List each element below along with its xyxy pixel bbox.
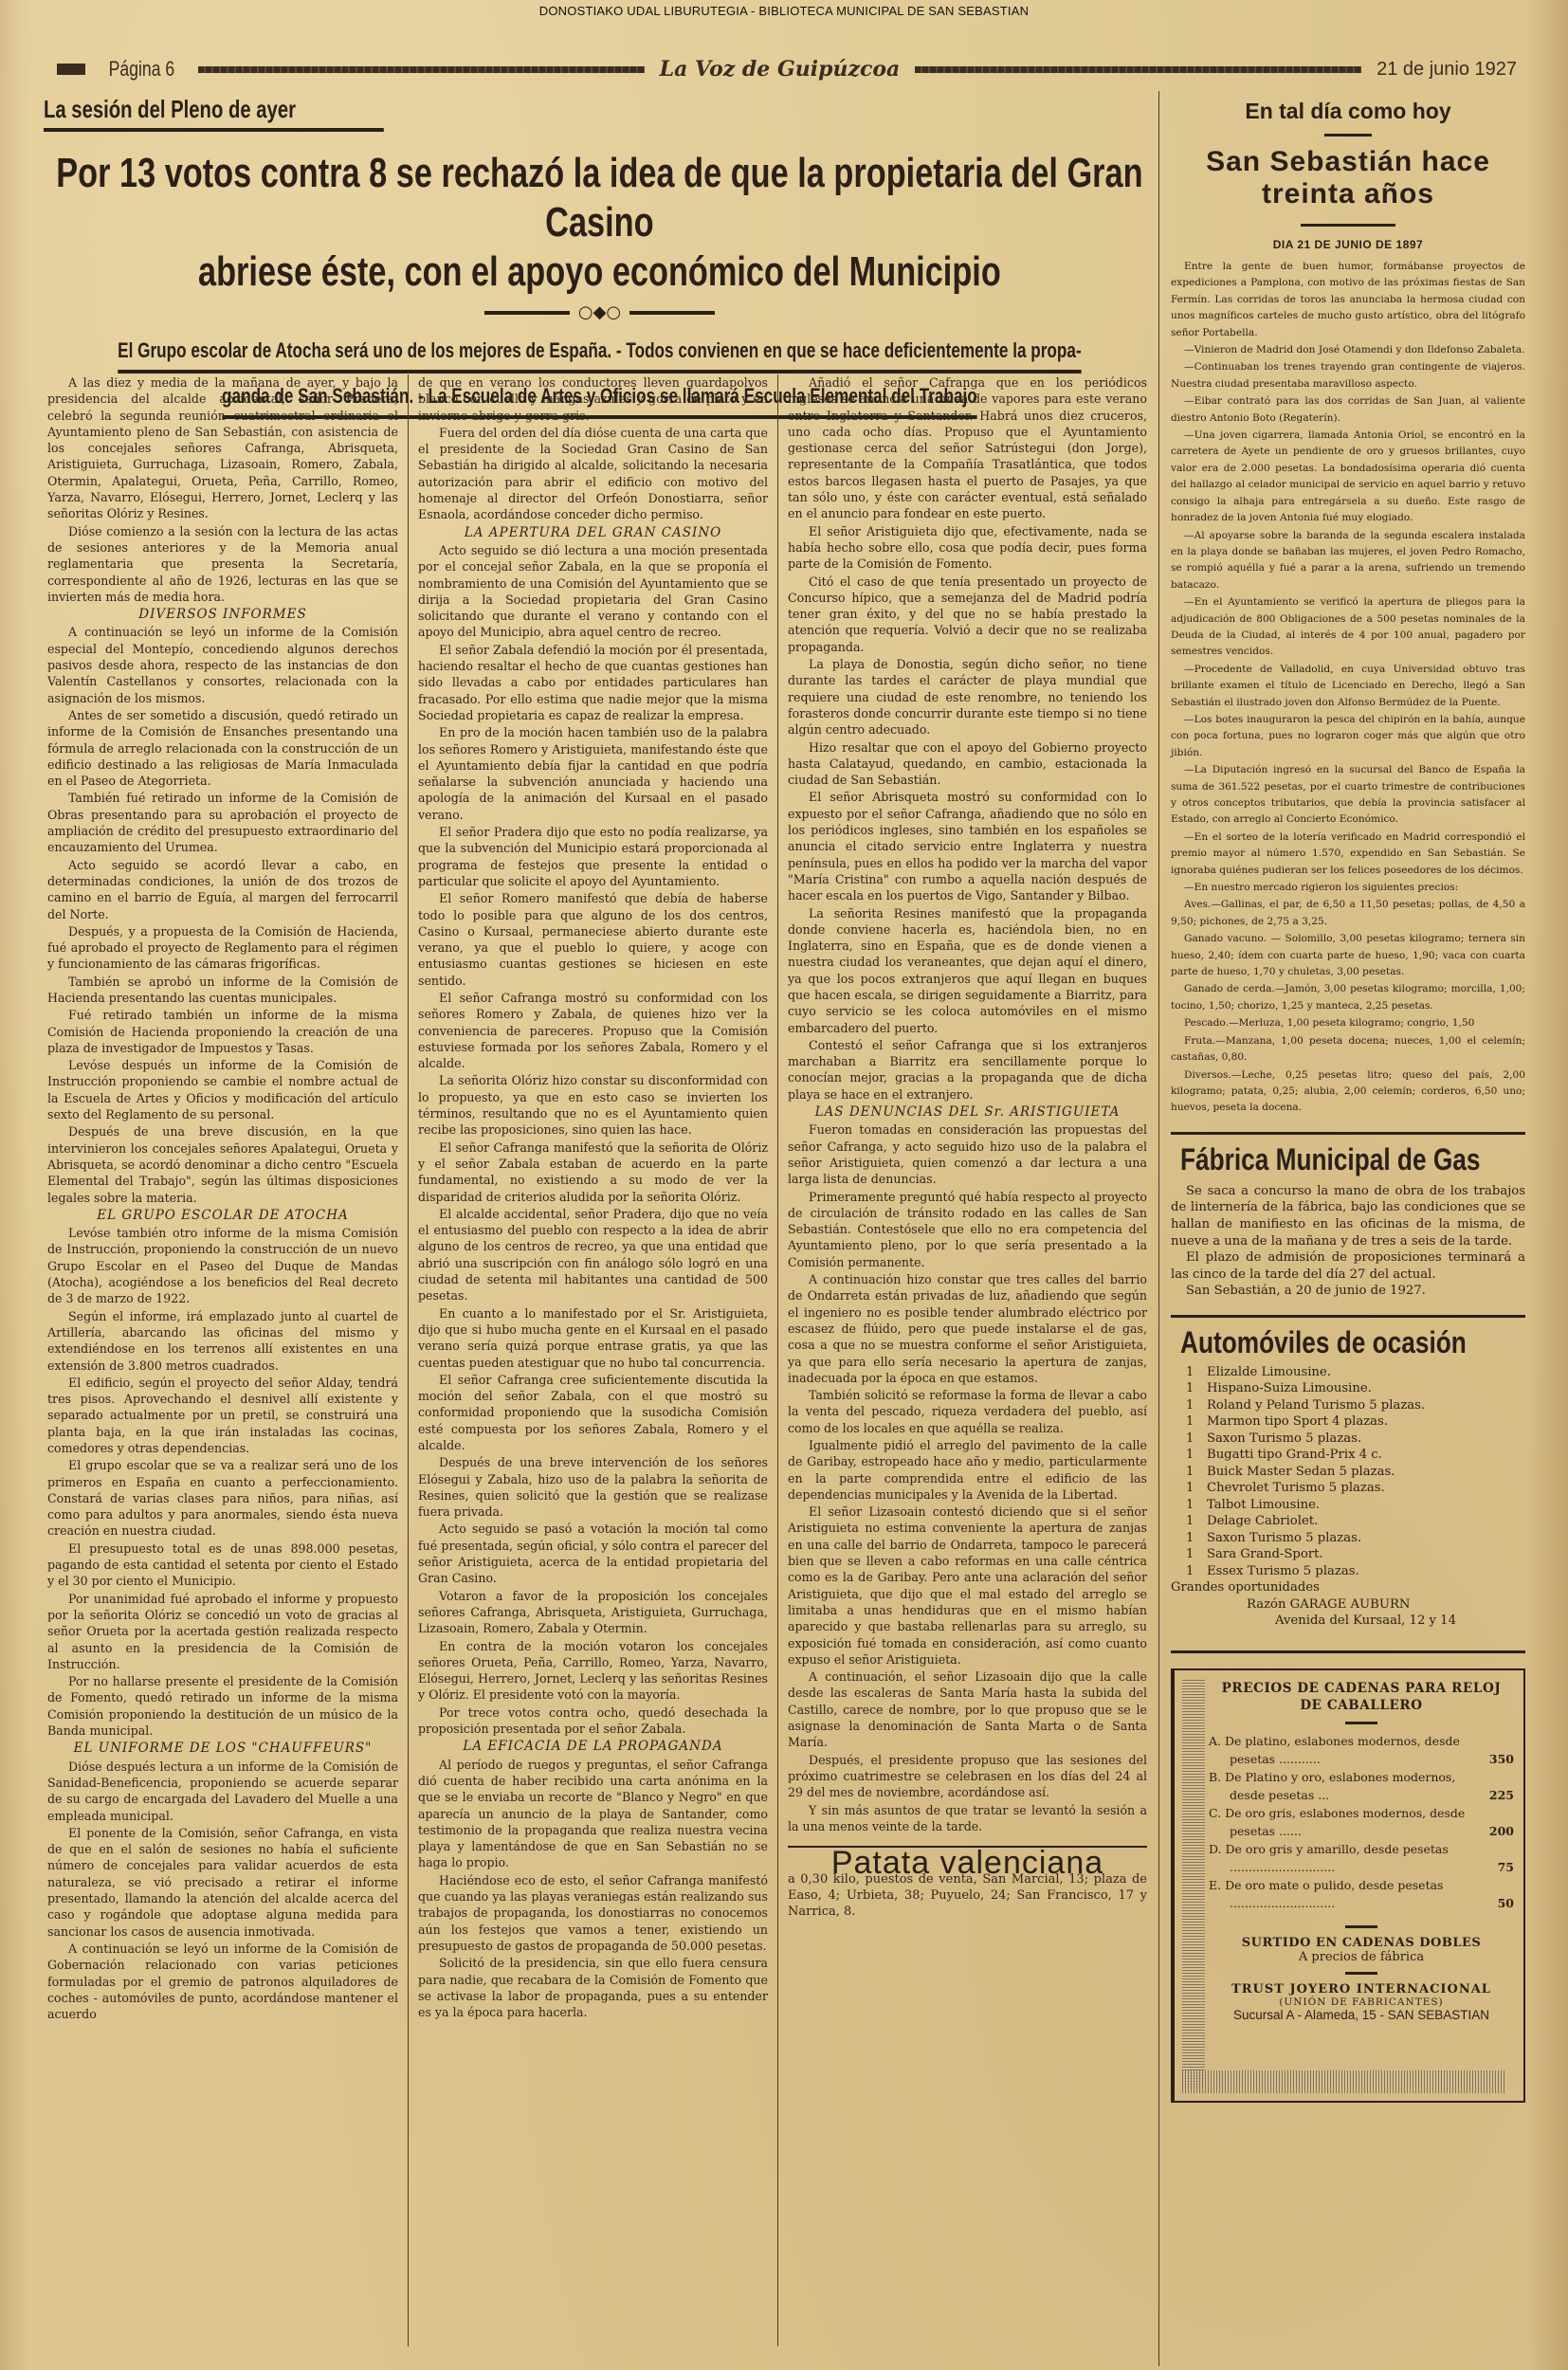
sidebar-title: San Sebastián hace treinta años — [1171, 146, 1525, 210]
paragraph: —Continuaban los trenes trayendo gran co… — [1171, 359, 1525, 392]
paragraph: Después, y a propuesta de la Comisión de… — [47, 923, 398, 973]
qty: 1 — [1186, 1563, 1207, 1580]
list-item: 1Talbot Limousine. — [1171, 1497, 1525, 1514]
paragraph: El presupuesto total es de unas 898.000 … — [47, 1540, 398, 1590]
paragraph: En pro de la moción hacen también uso de… — [418, 724, 768, 823]
paragraph: Según el informe, irá emplazado junto al… — [47, 1308, 398, 1374]
paragraph: Fué retirado también un informe de la mi… — [47, 1007, 398, 1056]
paragraph: —Vinieron de Madrid don José Otamendi y … — [1171, 342, 1525, 358]
paragraph: —Una joven cigarrera, llamada Antonia Or… — [1171, 428, 1525, 526]
paragraph: El señor Cafranga manifestó que la señor… — [418, 1139, 768, 1205]
ad-title: Patata valenciana — [788, 1855, 1147, 1871]
price-value: 225 — [1482, 1786, 1514, 1804]
article-kicker: La sesión del Pleno de ayer — [44, 95, 384, 132]
paragraph: Acto seguido se acordó llevar a cabo, en… — [47, 857, 398, 922]
watch-chain-ad: PRECIOS DE CADENAS PARA RELOJ DE CABALLE… — [1171, 1668, 1525, 2103]
price-item-text: A. De platino, eslabones modernos, desde… — [1209, 1732, 1482, 1768]
paragraph: En cuanto a lo manifestado por el Sr. Ar… — [418, 1305, 768, 1371]
paragraph: Igualmente pidió el arreglo del paviment… — [788, 1437, 1147, 1503]
paragraph: Fueron tomadas en consideración las prop… — [788, 1121, 1147, 1187]
car-name: Bugatti tipo Grand-Prix 4 c. — [1207, 1448, 1382, 1462]
cars-list: 1Elizalde Limousine. 1Hispano-Suiza Limo… — [1171, 1364, 1525, 1580]
footer-line: Razón GARAGE AUBURN — [1171, 1596, 1525, 1613]
divider — [1345, 1972, 1377, 1975]
paragraph: El señor Lizasoain contestó diciendo que… — [788, 1504, 1147, 1668]
market-price: Diversos.—Leche, 0,25 pesetas litro; que… — [1171, 1067, 1525, 1117]
paragraph: —En el sorteo de la lotería verificado e… — [1171, 829, 1525, 879]
jewel-ad-subtitle-2: A precios de fábrica — [1209, 1950, 1514, 1964]
paragraph: A las diez y media de la mañana de ayer,… — [47, 374, 398, 522]
car-name: Sara Grand-Sport. — [1207, 1547, 1323, 1561]
list-item: 1Essex Turismo 5 plazas. — [1171, 1563, 1525, 1580]
car-name: Elizalde Limousine. — [1207, 1365, 1331, 1379]
divider — [1171, 1132, 1525, 1135]
paragraph: Dióse después lectura a un informe de la… — [47, 1759, 398, 1824]
market-price: Ganado de cerda.—Jamón, 3,00 pesetas kil… — [1171, 981, 1525, 1014]
qty: 1 — [1186, 1413, 1207, 1431]
masthead-rule-right — [915, 66, 1361, 73]
price-item: D. De oro gris y amarillo, desde pesetas… — [1209, 1840, 1514, 1876]
paragraph: San Sebastián, a 20 de junio de 1927. — [1171, 1283, 1525, 1300]
paragraph: Antes de ser sometido a discusión, quedó… — [47, 707, 398, 789]
paragraph: A continuación, el señor Lizasoain dijo … — [788, 1668, 1147, 1750]
car-name: Buick Master Sedan 5 plazas. — [1207, 1465, 1395, 1479]
column-2: de que en verano los conductores lleven … — [408, 374, 777, 2346]
column-3: Añadió el señor Cafranga que en los peri… — [777, 374, 1157, 2346]
paragraph: Primeramente preguntó qué había respecto… — [788, 1189, 1147, 1270]
used-cars-ad: Automóviles de ocasión 1Elizalde Limousi… — [1171, 1325, 1525, 1630]
qty: 1 — [1186, 1464, 1207, 1481]
paragraph: —Al apoyarse sobre la baranda de la segu… — [1171, 528, 1525, 594]
section-heading-diversos-informes: DIVERSOS INFORMES — [47, 607, 398, 623]
sidebar-kicker: En tal día como hoy — [1171, 99, 1525, 124]
market-price: Fruta.—Manzana, 1,00 peseta docena; nuec… — [1171, 1033, 1525, 1066]
headline-ornament: ○◆○ — [38, 302, 1161, 322]
paragraph: Fuera del orden del día dióse cuenta de … — [418, 425, 768, 523]
car-name: Essex Turismo 5 plazas. — [1207, 1564, 1359, 1578]
paragraph: Por trece votos contra ocho, quedó desec… — [418, 1705, 768, 1738]
divider — [1171, 1650, 1525, 1653]
masthead-block-ornament — [57, 64, 85, 75]
paragraph: Por unanimidad fué aprobado el informe y… — [47, 1591, 398, 1672]
masthead: Página 6 La Voz de Guipúzcoa 21 de junio… — [57, 55, 1517, 83]
paragraph: Hizo resaltar que con el apoyo del Gobie… — [788, 739, 1147, 789]
price-item: B. De Platino y oro, eslabones modernos,… — [1209, 1768, 1514, 1804]
company-address: Sucursal A - Alameda, 15 - SAN SEBASTIAN — [1209, 2008, 1514, 2022]
paragraph: Solicitó de la presidencia, sin que ello… — [418, 1955, 768, 2020]
subhead-line-1: El Grupo escolar de Atocha será uno de l… — [118, 337, 1082, 374]
gas-ad-title: Fábrica Municipal de Gas — [1180, 1142, 1463, 1177]
paragraph: —Eibar contrató para las dos corridas de… — [1171, 393, 1525, 427]
list-item: 1Elizalde Limousine. — [1171, 1364, 1525, 1381]
patata-valenciana-ad: Patata valenciana a 0,30 kilo, puestos d… — [788, 1846, 1147, 1920]
paragraph: El señor Pradera dijo que esto no podía … — [418, 824, 768, 889]
sidebar-efemerides: En tal día como hoy San Sebastián hace t… — [1158, 91, 1533, 2366]
list-item: 1Sara Grand-Sport. — [1171, 1546, 1525, 1563]
paragraph: El señor Cafranga cree suficientemente d… — [418, 1372, 768, 1453]
paragraph: El edificio, según el proyecto del señor… — [47, 1375, 398, 1456]
paragraph: Por no hallarse presente el presidente d… — [47, 1673, 398, 1739]
paragraph: Dióse comienzo a la sesión con la lectur… — [47, 523, 398, 605]
paragraph: de que en verano los conductores lleven … — [418, 374, 768, 424]
paragraph: En contra de la moción votaron los conce… — [418, 1638, 768, 1704]
car-name: Marmon tipo Sport 4 plazas. — [1207, 1414, 1388, 1429]
company-name: TRUST JOYERO INTERNACIONAL — [1209, 1982, 1514, 1996]
car-name: Hispano-Suiza Limousine. — [1207, 1381, 1372, 1395]
car-name: Chevrolet Turismo 5 plazas. — [1207, 1481, 1385, 1495]
article-headline: Por 13 votos contra 8 se rechazó la idea… — [39, 149, 1160, 297]
paragraph: Después de una breve discusión, en la qu… — [47, 1123, 398, 1205]
price-item: A. De platino, eslabones modernos, desde… — [1209, 1732, 1514, 1768]
list-item: 1Chevrolet Turismo 5 plazas. — [1171, 1480, 1525, 1497]
qty: 1 — [1186, 1447, 1207, 1464]
paragraph: Añadió el señor Cafranga que en los peri… — [788, 374, 1147, 522]
qty: 1 — [1186, 1431, 1207, 1448]
archive-banner: DONOSTIAKO UDAL LIBURUTEGIA - BIBLIOTECA… — [0, 4, 1568, 18]
jewel-ad-title: PRECIOS DE CADENAS PARA RELOJ DE CABALLE… — [1209, 1680, 1514, 1714]
headline-line-2: abriese éste, con el apoyo económico del… — [39, 247, 1160, 297]
list-item: 1Saxon Turismo 5 plazas. — [1171, 1431, 1525, 1448]
paragraph: —Procedente de Valladolid, en cuya Unive… — [1171, 662, 1525, 711]
paragraph: A continuación hizo constar que tres cal… — [788, 1271, 1147, 1386]
article-columns: A las diez y media de la mañana de ayer,… — [38, 374, 1157, 2346]
masthead-rule-left — [198, 66, 645, 73]
car-name: Saxon Turismo 5 plazas. — [1207, 1531, 1361, 1545]
market-price: Ganado vacuno. — Solomillo, 3,00 pesetas… — [1171, 931, 1525, 980]
footer-line: Grandes oportunidades — [1171, 1579, 1525, 1596]
list-item: 1Delage Cabriolet. — [1171, 1513, 1525, 1530]
cars-ad-footer: Grandes oportunidades Razón GARAGE AUBUR… — [1171, 1579, 1525, 1630]
qty: 1 — [1186, 1546, 1207, 1563]
ornament-rule-left — [484, 311, 570, 315]
paragraph: La señorita Resines manifestó que la pro… — [788, 905, 1147, 1036]
price-value: 75 — [1482, 1858, 1514, 1876]
divider — [1171, 1315, 1525, 1318]
company-union: (UNIÓN DE FABRICANTES) — [1209, 1996, 1514, 2008]
car-name: Saxon Turismo 5 plazas. — [1207, 1431, 1361, 1446]
divider — [1345, 1722, 1377, 1724]
paragraph: También fué retirado un informe de la Co… — [47, 790, 398, 855]
price-item-text: B. De Platino y oro, eslabones modernos,… — [1209, 1768, 1482, 1804]
car-name: Talbot Limousine. — [1207, 1498, 1320, 1512]
paragraph: El señor Cafranga mostró su conformidad … — [418, 990, 768, 1071]
paragraph: La playa de Donostia, según dicho señor,… — [788, 656, 1147, 738]
headline-line-1: Por 13 votos contra 8 se rechazó la idea… — [39, 149, 1160, 247]
car-name: Delage Cabriolet. — [1207, 1514, 1318, 1528]
footer-line: Avenida del Kursaal, 12 y 14 — [1171, 1613, 1525, 1630]
paragraph: Citó el caso de que tenía presentado un … — [788, 574, 1147, 655]
section-heading-denuncias: LAS DENUNCIAS DEL Sr. ARISTIGUIETA — [788, 1104, 1147, 1121]
qty: 1 — [1186, 1364, 1207, 1381]
ornament-rule-right — [629, 311, 715, 315]
paragraph: La señorita Olóriz hizo constar su disco… — [418, 1072, 768, 1138]
divider — [1345, 1925, 1377, 1928]
paragraph: Haciéndose eco de esto, el señor Cafrang… — [418, 1872, 768, 1954]
qty: 1 — [1186, 1530, 1207, 1547]
paragraph: Acto seguido se dió lectura a una moción… — [418, 542, 768, 641]
list-item: 1Marmon tipo Sport 4 plazas. — [1171, 1413, 1525, 1431]
qty: 1 — [1186, 1380, 1207, 1397]
hatched-border-decoration — [1182, 2070, 1504, 2093]
paragraph: —En nuestro mercado rigieron los siguien… — [1171, 880, 1525, 896]
paragraph: Y sin más asuntos de que tratar se levan… — [788, 1802, 1147, 1835]
ad-text: a 0,30 kilo, puestos de venta, San Marci… — [788, 1871, 1147, 1920]
gas-ad-body: Se saca a concurso la mano de obra de lo… — [1171, 1183, 1525, 1300]
paragraph: El señor Aristiguieta dijo que, efectiva… — [788, 523, 1147, 573]
paragraph: Al período de ruegos y preguntas, el señ… — [418, 1757, 768, 1871]
section-heading-eficacia-propaganda: LA EFICACIA DE LA PROPAGANDA — [418, 1739, 768, 1755]
issue-date: 21 de junio 1927 — [1377, 59, 1517, 81]
paragraph: Acto seguido se pasó a votación la moció… — [418, 1521, 768, 1586]
list-item: 1Roland y Peland Turismo 5 plazas. — [1171, 1397, 1525, 1414]
sidebar-body: Entre la gente de buen humor, formábanse… — [1171, 259, 1525, 1117]
cars-ad-title: Automóviles de ocasión — [1180, 1325, 1463, 1360]
paragraph: Votaron a favor de la proposición los co… — [418, 1588, 768, 1637]
paragraph: El grupo escolar que se va a realizar se… — [47, 1457, 398, 1539]
paragraph: El señor Abrisqueta mostró su conformida… — [788, 789, 1147, 903]
gas-factory-ad: Fábrica Municipal de Gas Se saca a concu… — [1171, 1142, 1525, 1300]
paragraph: Después, el presidente propuso que las s… — [788, 1752, 1147, 1801]
price-value: 200 — [1482, 1822, 1514, 1840]
list-item: 1Hispano-Suiza Limousine. — [1171, 1380, 1525, 1397]
newspaper-title: La Voz de Guipúzcoa — [660, 57, 901, 82]
section-heading-grupo-escolar: EL GRUPO ESCOLAR DE ATOCHA — [47, 1208, 398, 1224]
price-item-text: D. De oro gris y amarillo, desde pesetas… — [1209, 1840, 1482, 1876]
paragraph: El señor Romero manifestó que debía de h… — [418, 890, 768, 989]
paragraph: Después de una breve intervención de los… — [418, 1454, 768, 1520]
list-item: 1Saxon Turismo 5 plazas. — [1171, 1530, 1525, 1547]
hatched-border-decoration — [1182, 1680, 1205, 2087]
section-heading-apertura-casino: LA APERTURA DEL GRAN CASINO — [418, 525, 768, 541]
paragraph: A continuación se leyó un informe de la … — [47, 1941, 398, 2022]
paragraph: El señor Zabala defendió la moción por é… — [418, 642, 768, 723]
price-value: 350 — [1482, 1750, 1514, 1768]
paragraph: Levóse también otro informe de la misma … — [47, 1225, 398, 1306]
price-value: 50 — [1482, 1894, 1514, 1912]
qty: 1 — [1186, 1397, 1207, 1414]
list-item: 1Buick Master Sedan 5 plazas. — [1171, 1464, 1525, 1481]
price-item: C. De oro gris, eslabones modernos, desd… — [1209, 1804, 1514, 1840]
paragraph: Contestó el señor Cafranga que si los ex… — [788, 1037, 1147, 1103]
paragraph: —En el Ayuntamiento se verificó la apert… — [1171, 594, 1525, 661]
paragraph: Entre la gente de buen humor, formábanse… — [1171, 259, 1525, 341]
price-item-text: C. De oro gris, eslabones modernos, desd… — [1209, 1804, 1482, 1840]
market-price: Pescado.—Merluza, 1,00 peseta kilogramo;… — [1171, 1015, 1525, 1031]
paragraph: —La Diputación ingresó en la sucursal de… — [1171, 762, 1525, 829]
divider — [1301, 224, 1395, 227]
paragraph: —Los botes inauguraron la pesca del chip… — [1171, 712, 1525, 761]
column-1: A las diez y media de la mañana de ayer,… — [38, 374, 408, 2346]
paragraph: Levóse después un informe de la Comisión… — [47, 1057, 398, 1122]
jewel-ad-subtitle: SURTIDO EN CADENAS DOBLES — [1209, 1936, 1514, 1950]
paragraph: También solicitó se reformase la forma d… — [788, 1387, 1147, 1436]
sidebar-date: DIA 21 DE JUNIO DE 1897 — [1171, 238, 1525, 251]
divider — [1324, 134, 1372, 137]
paragraph: A continuación se leyó un informe de la … — [47, 624, 398, 705]
qty: 1 — [1186, 1513, 1207, 1530]
list-item: 1Bugatti tipo Grand-Prix 4 c. — [1171, 1447, 1525, 1464]
market-price: Aves.—Gallinas, el par, de 6,50 a 11,50 … — [1171, 897, 1525, 930]
paragraph: También se aprobó un informe de la Comis… — [47, 974, 398, 1007]
qty: 1 — [1186, 1497, 1207, 1514]
paragraph: Se saca a concurso la mano de obra de lo… — [1171, 1183, 1525, 1249]
qty: 1 — [1186, 1480, 1207, 1497]
paragraph: El alcalde accidental, señor Pradera, di… — [418, 1206, 768, 1304]
price-item-text: E. De oro mate o pulido, desde pesetas .… — [1209, 1876, 1482, 1912]
section-heading-uniforme-chauffeurs: EL UNIFORME DE LOS "CHAUFFEURS" — [47, 1741, 398, 1757]
page-number: Página 6 — [109, 57, 174, 82]
car-name: Roland y Peland Turismo 5 plazas. — [1207, 1398, 1425, 1413]
paragraph: El ponente de la Comisión, señor Cafrang… — [47, 1825, 398, 1940]
diamond-ornament-icon: ○◆○ — [578, 302, 621, 322]
paragraph: El plazo de admisión de proposiciones te… — [1171, 1249, 1525, 1283]
price-item: E. De oro mate o pulido, desde pesetas .… — [1209, 1876, 1514, 1912]
